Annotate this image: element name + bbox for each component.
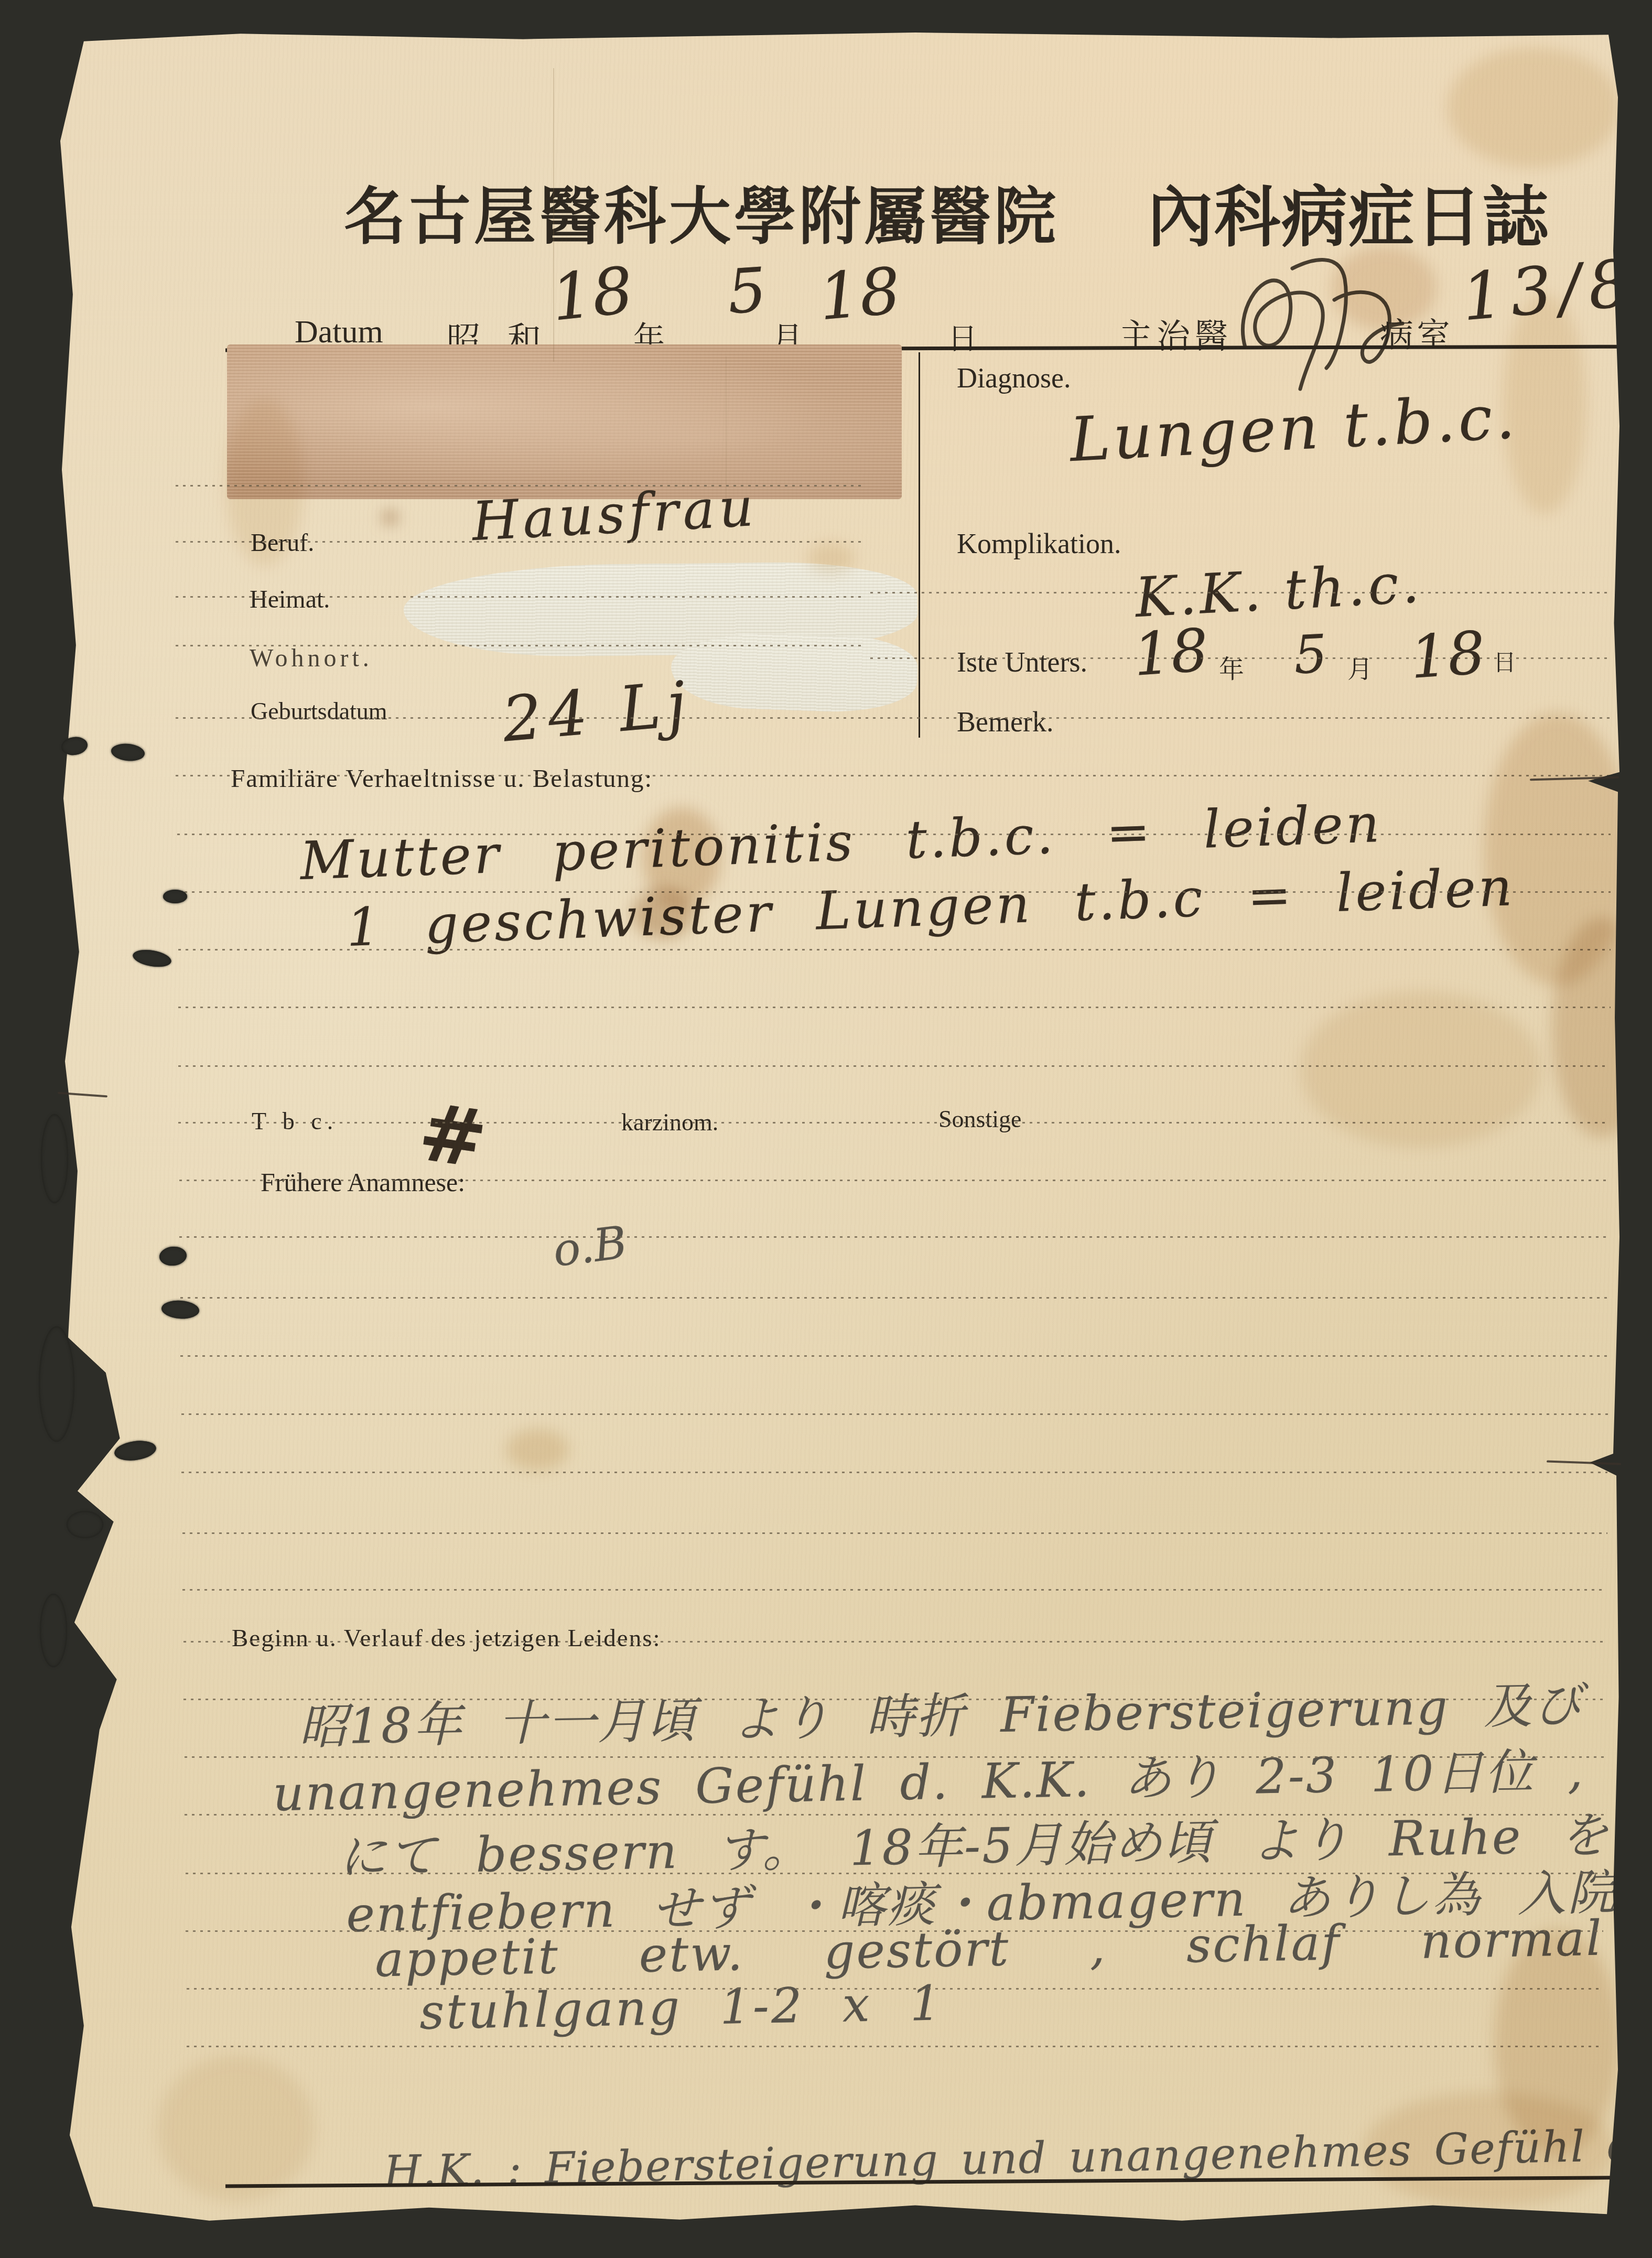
worm-hole [40,1594,67,1667]
paper-stain [506,1429,569,1471]
dotted-rule [176,541,862,543]
dotted-rule [178,1122,1610,1123]
hospital-name: 名古屋醫科大學附屬醫院 [344,167,1059,256]
worm-hole [39,1326,74,1442]
paper-stain [383,511,397,524]
geburtsdatum-label: Geburtsdatum [251,697,387,725]
paper-stain [1484,713,1631,986]
patient-record-page: 名古屋醫科大學附屬醫院 內科病症日誌 Datum 昭和 18 年 5 月 18 … [52,31,1621,2223]
erste-unters-day-unit: 日 [1493,644,1516,677]
dotted-rule [182,1532,1607,1534]
erste-unters-label: Iste Unters. [957,646,1087,678]
worm-hole [41,1114,68,1203]
geburtsdatum-value: 24 Lj [500,667,695,755]
erste-unters-day: 18 [1408,619,1487,692]
verlauf-line-6: stuhlgang 1-2 x 1 [419,1975,943,2040]
patient-name-redaction [227,344,902,499]
erste-unters-year-unit: 年 [1219,649,1244,685]
dotted-rule [177,834,1611,835]
dotted-rule [176,596,862,598]
dotted-rule [870,657,1611,659]
dotted-rule [186,1873,1604,1874]
verlauf-section-label: Beginn u. Verlauf des jetzigen Leidens: [232,1624,661,1652]
dotted-rule [181,1472,1607,1473]
beruf-label: Beruf. [251,528,314,557]
dotted-rule [187,1988,1603,1990]
vertical-crease [553,68,554,362]
dotted-rule [870,592,1611,593]
wohnort-label: Wohnort. [250,644,373,673]
paper-stain [1552,917,1651,1138]
family-section-label: Familiäre Verhaeltnisse u. Belastung: [231,763,653,793]
datum-month-value: 5 [725,255,769,328]
dotted-rule [179,1236,1610,1238]
dotted-rule [177,891,1611,893]
dotted-rule [176,717,1611,719]
erste-unters-month: 5 [1292,623,1329,686]
erste-unters-month-unit: 月 [1347,649,1373,685]
anamnese-label: Frühere Anamnese: [261,1167,465,1197]
komplikation-label: Komplikation. [957,527,1121,560]
wohnort-redaction [670,630,919,715]
dotted-rule [187,2046,1602,2047]
dotted-rule [176,775,1611,776]
dotted-rule [186,1930,1603,1932]
dotted-rule [180,1355,1608,1357]
ward-label: 病室 [1380,308,1453,356]
dotted-rule [178,1065,1610,1067]
dotted-rule [185,1756,1605,1758]
attending-doctor-label: 主治醫 [1119,309,1232,358]
bemerk-label: Bemerk. [957,706,1053,738]
anamnese-value: o.B [550,1216,630,1277]
erste-unters-year: 18 [1131,616,1211,689]
diagnose-value: Lungen t.b.c. [1068,382,1519,476]
vertical-crease-2 [726,356,727,514]
dotted-rule [178,949,1611,950]
dotted-rule [181,1413,1608,1415]
heimat-label: Heimat. [250,585,330,614]
dotted-rule [176,485,862,487]
dotted-rule [176,645,862,646]
dotted-rule [183,1699,1605,1700]
scanned-medical-record: 名古屋醫科大學附屬醫院 內科病症日誌 Datum 昭和 18 年 5 月 18 … [0,0,1652,2258]
dotted-rule [179,1180,1610,1181]
paper-stain [1447,47,1620,168]
worm-hole [163,890,187,903]
day-unit: 日 [948,316,977,358]
datum-day-value: 18 [816,254,903,335]
paper-stain [157,2055,315,2202]
worm-hole [67,1511,103,1538]
sonstige-label: Sonstige [938,1105,1021,1133]
diagnose-label: Diagnose. [957,362,1071,394]
datum-year-value: 18 [548,253,636,335]
column-divider [919,352,920,738]
dotted-rule [180,1297,1608,1299]
dotted-rule [185,1814,1604,1816]
dotted-rule [182,1589,1606,1591]
paper-stain [1300,991,1541,1148]
tbc-label: T b c. [252,1107,338,1135]
dotted-rule [183,1641,1606,1643]
dotted-rule [178,1007,1611,1008]
